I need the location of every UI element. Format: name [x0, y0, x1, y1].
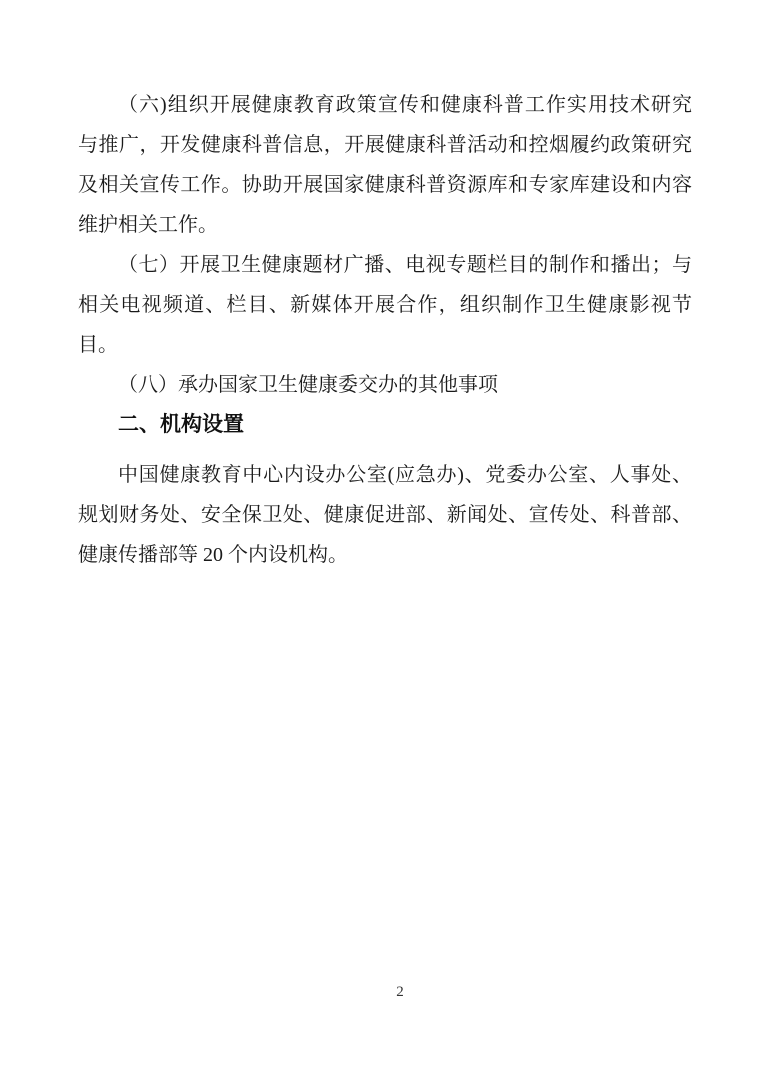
paragraph-item-7: （七）开展卫生健康题材广播、电视专题栏目的制作和播出；与 相关电视频道、栏目、新… [78, 245, 692, 365]
text-line: 与推广，开发健康科普信息，开展健康科普活动和控烟履约政策研究 [78, 125, 692, 165]
text-line: （六)组织开展健康教育政策宣传和健康科普工作实用技术研究 [78, 85, 692, 125]
text-line: 中国健康教育中心内设办公室(应急办)、党委办公室、人事处、 [78, 455, 692, 495]
text-line: 维护相关工作。 [78, 205, 692, 245]
page-number: 2 [396, 984, 404, 1000]
text-line: （七）开展卫生健康题材广播、电视专题栏目的制作和播出；与 [78, 245, 692, 285]
text-line: 健康传播部等 20 个内设机构。 [78, 535, 692, 575]
page-footer: 2 [0, 982, 760, 1002]
paragraph-org-setup: 中国健康教育中心内设办公室(应急办)、党委办公室、人事处、 规划财务处、安全保卫… [78, 455, 692, 575]
text-line: 规划财务处、安全保卫处、健康促进部、新闻处、宣传处、科普部、 [78, 495, 692, 535]
paragraph-item-6: （六)组织开展健康教育政策宣传和健康科普工作实用技术研究 与推广，开发健康科普信… [78, 85, 692, 245]
text-line: （八）承办国家卫生健康委交办的其他事项 [78, 365, 692, 405]
section-heading: 二、机构设置 [78, 405, 692, 445]
text-line: 及相关宣传工作。协助开展国家健康科普资源库和专家库建设和内容 [78, 165, 692, 205]
paragraph-item-8: （八）承办国家卫生健康委交办的其他事项 [78, 365, 692, 405]
document-body: （六)组织开展健康教育政策宣传和健康科普工作实用技术研究 与推广，开发健康科普信… [78, 85, 692, 575]
document-page: （六)组织开展健康教育政策宣传和健康科普工作实用技术研究 与推广，开发健康科普信… [0, 0, 760, 1074]
text-line: 相关电视频道、栏目、新媒体开展合作，组织制作卫生健康影视节目。 [78, 285, 692, 365]
